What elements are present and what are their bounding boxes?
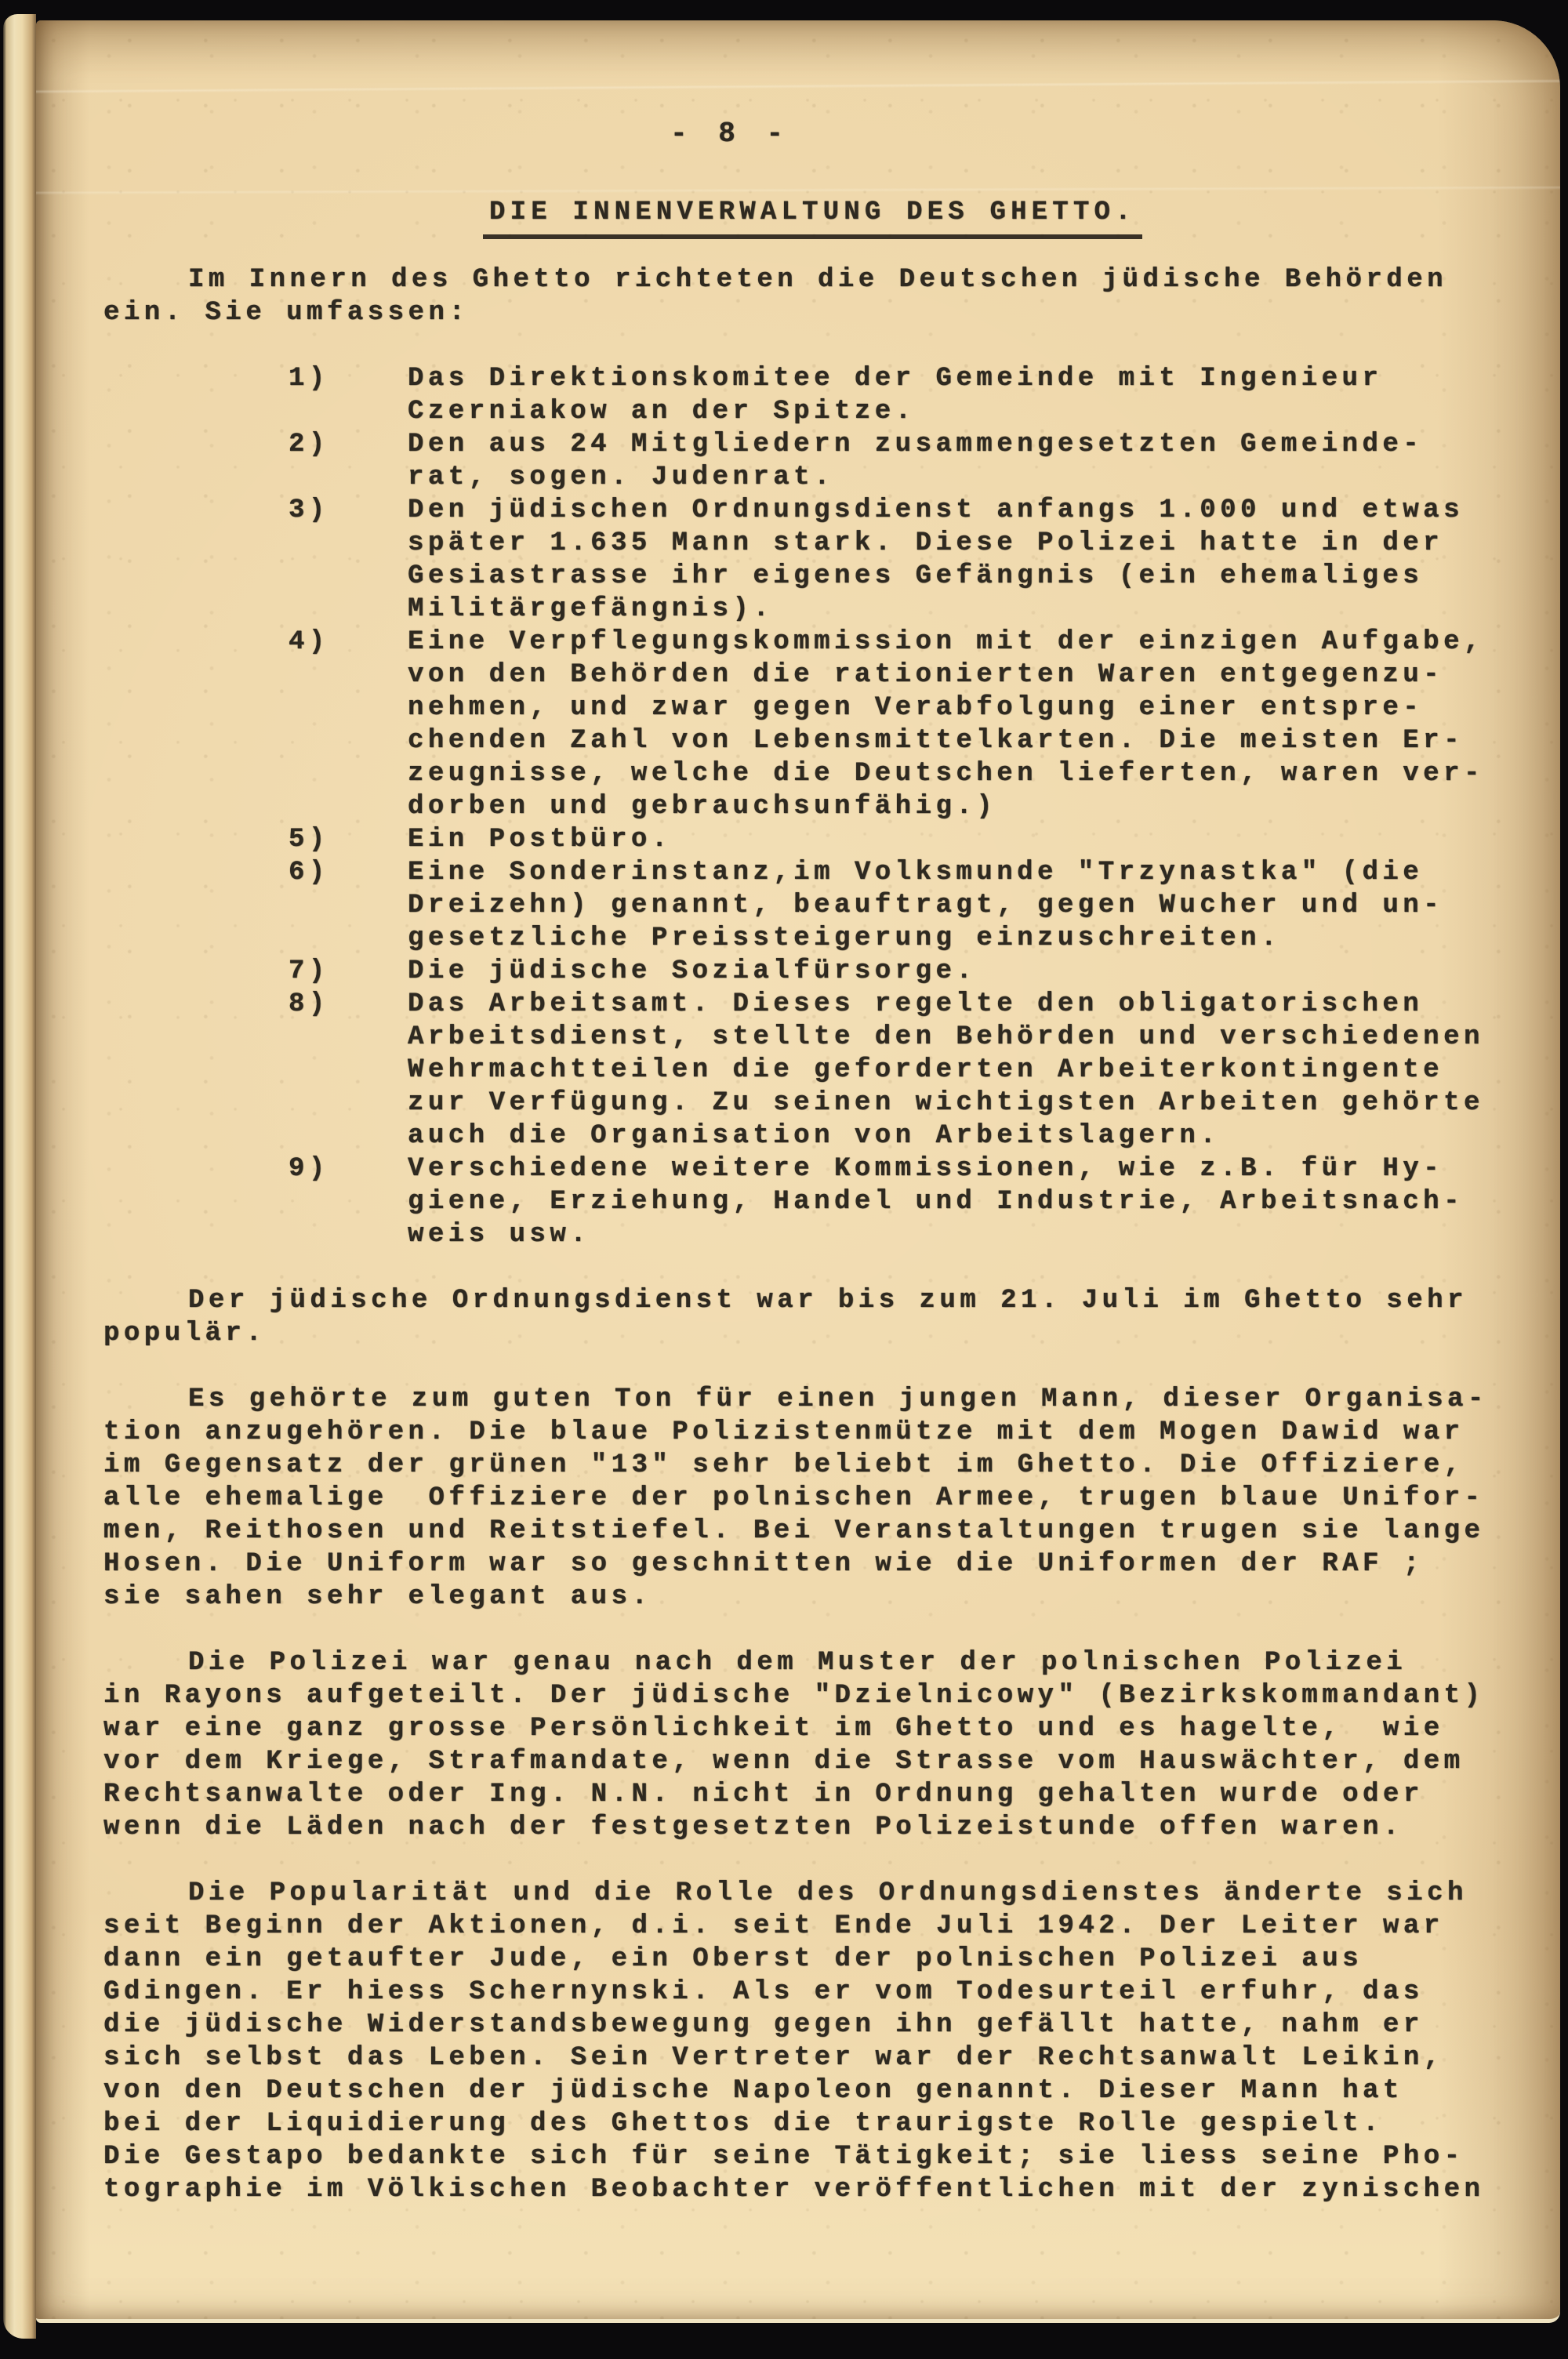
scanned-book-photo: { "page": { "number": "- 8 -", "title": … [0, 0, 1568, 2359]
text-line: gesetzliche Preissteigerung einzuschreit… [408, 922, 1515, 955]
text-line: Der jüdische Ordnungsdienst war bis zum … [103, 1284, 1515, 1317]
text-line: sich selbst das Leben. Sein Vertreter wa… [103, 2041, 1515, 2074]
paragraph: Die Polizei war genau nach dem Muster de… [103, 1646, 1515, 1844]
text-line: seit Beginn der Aktionen, d.i. seit Ende… [103, 1910, 1515, 1943]
paragraph: Die Popularität und die Rolle des Ordnun… [103, 1877, 1515, 2206]
text-line: Die jüdische Sozialfürsorge. [408, 955, 1515, 988]
list-item: 4)Eine Verpflegungskommission mit der ei… [103, 626, 1515, 823]
text-line: bei der Liquidierung des Ghettos die tra… [103, 2107, 1515, 2140]
text-line: weis usw. [408, 1218, 1515, 1251]
text-line: Das Direktionskomitee der Gemeinde mit I… [408, 362, 1515, 395]
text-line: Militärgefängnis). [408, 593, 1515, 626]
text-line: men, Reithosen und Reitstiefel. Bei Vera… [103, 1515, 1515, 1548]
text-line: Hosen. Die Uniform war so geschnitten wi… [103, 1548, 1515, 1581]
text-line: chenden Zahl von Lebensmittelkarten. Die… [408, 724, 1515, 757]
text-line: Arbeitsdienst, stellte den Behörden und … [408, 1021, 1515, 1054]
text-line: wenn die Läden nach der festgesetzten Po… [103, 1811, 1515, 1844]
list-item: 8)Das Arbeitsamt. Dieses regelte den obl… [103, 988, 1515, 1152]
text-line: Eine Verpflegungskommission mit der einz… [408, 626, 1515, 659]
list-item: 7)Die jüdische Sozialfürsorge. [103, 955, 1515, 988]
list-item-number: 7) [289, 955, 329, 988]
numbered-list: 1)Das Direktionskomitee der Gemeinde mit… [103, 362, 1515, 1251]
text-line: nehmen, und zwar gegen Verabfolgung eine… [408, 691, 1515, 724]
text-line: Wehrmachtteilen die geforderten Arbeiter… [408, 1054, 1515, 1087]
text-line: Dreizehn) genannt, beauftragt, gegen Wuc… [408, 889, 1515, 922]
document-page: - 8 - DIE INNENVERWALTUNG DES GHETTO. Im… [36, 20, 1560, 2323]
text-line: dorben und gebrauchsunfähig.) [408, 790, 1515, 823]
text-line: Verschiedene weitere Kommissionen, wie z… [408, 1152, 1515, 1185]
book-spine-page-curl [3, 14, 36, 2339]
list-item-number: 4) [289, 626, 329, 659]
text-line: Im Innern des Ghetto richteten die Deuts… [103, 263, 1515, 296]
page-title: DIE INNENVERWALTUNG DES GHETTO. [483, 198, 1142, 239]
text-line: Gesiastrasse ihr eigenes Gefängnis (ein … [408, 560, 1515, 593]
list-item: 1)Das Direktionskomitee der Gemeinde mit… [103, 362, 1515, 428]
text-line: im Gegensatz der grünen "13" sehr belieb… [103, 1449, 1515, 1482]
text-line: tion anzugehören. Die blaue Polizistenmü… [103, 1416, 1515, 1449]
list-item: 9)Verschiedene weitere Kommissionen, wie… [103, 1152, 1515, 1251]
text-line: später 1.635 Mann stark. Diese Polizei h… [408, 527, 1515, 560]
list-item-number: 2) [289, 428, 329, 461]
text-line: populär. [103, 1317, 1515, 1350]
text-line: ein. Sie umfassen: [103, 296, 1515, 329]
list-item-number: 8) [289, 988, 329, 1021]
text-line: Czerniakow an der Spitze. [408, 395, 1515, 428]
text-line: dann ein getaufter Jude, ein Oberst der … [103, 1943, 1515, 1976]
list-item-number: 9) [289, 1152, 329, 1185]
text-line: Eine Sonderinstanz,im Volksmunde "Trzyna… [408, 856, 1515, 889]
text-line: rat, sogen. Judenrat. [408, 461, 1515, 494]
text-line: von den Behörden die rationierten Waren … [408, 659, 1515, 691]
text-line: Die Popularität und die Rolle des Ordnun… [103, 1877, 1515, 1910]
text-line: in Rayons aufgeteilt. Der jüdische "Dzie… [103, 1679, 1515, 1712]
page-text: Im Innern des Ghetto richteten die Deuts… [103, 263, 1515, 2206]
text-line: Das Arbeitsamt. Dieses regelte den oblig… [408, 988, 1515, 1021]
text-line: Ein Postbüro. [408, 823, 1515, 856]
text-line: Rechtsanwalte oder Ing. N.N. nicht in Or… [103, 1778, 1515, 1811]
text-line: zeugnisse, welche die Deutschen lieferte… [408, 757, 1515, 790]
text-line: tographie im Völkischen Beobachter veröf… [103, 2173, 1515, 2206]
list-item-number: 3) [289, 494, 329, 527]
list-item: 5)Ein Postbüro. [103, 823, 1515, 856]
text-line: giene, Erziehung, Handel und Industrie, … [408, 1185, 1515, 1218]
text-line: vor dem Kriege, Strafmandate, wenn die S… [103, 1745, 1515, 1778]
text-line: Den aus 24 Mitgliedern zusammengesetzten… [408, 428, 1515, 461]
intro-paragraph: Im Innern des Ghetto richteten die Deuts… [103, 263, 1515, 329]
list-item: 2)Den aus 24 Mitgliedern zusammengesetzt… [103, 428, 1515, 494]
text-line: Gdingen. Er hiess Schernynski. Als er vo… [103, 1976, 1515, 2009]
text-line: alle ehemalige Offiziere der polnischen … [103, 1482, 1515, 1515]
list-item: 3)Den jüdischen Ordnungsdienst anfangs 1… [103, 494, 1515, 626]
list-item-number: 5) [289, 823, 329, 856]
text-line: war eine ganz grosse Persönlichkeit im G… [103, 1712, 1515, 1745]
list-item: 6)Eine Sonderinstanz,im Volksmunde "Trzy… [103, 856, 1515, 955]
page-number: - 8 - [670, 118, 790, 150]
paragraph: Der jüdische Ordnungsdienst war bis zum … [103, 1284, 1515, 1350]
list-item-number: 6) [289, 856, 329, 889]
text-line: Die Polizei war genau nach dem Muster de… [103, 1646, 1515, 1679]
text-line: von den Deutschen der jüdische Napoleon … [103, 2074, 1515, 2107]
paragraph: Es gehörte zum guten Ton für einen junge… [103, 1383, 1515, 1613]
text-line: Den jüdischen Ordnungsdienst anfangs 1.0… [408, 494, 1515, 527]
text-line: sie sahen sehr elegant aus. [103, 1581, 1515, 1613]
list-item-number: 1) [289, 362, 329, 395]
text-line: Es gehörte zum guten Ton für einen junge… [103, 1383, 1515, 1416]
text-line: die jüdische Widerstandsbewegung gegen i… [103, 2009, 1515, 2041]
text-line: zur Verfügung. Zu seinen wichtigsten Arb… [408, 1087, 1515, 1120]
text-line: Die Gestapo bedankte sich für seine Täti… [103, 2140, 1515, 2173]
text-line: auch die Organisation von Arbeitslagern. [408, 1120, 1515, 1152]
body-paragraphs: Der jüdische Ordnungsdienst war bis zum … [103, 1284, 1515, 2206]
